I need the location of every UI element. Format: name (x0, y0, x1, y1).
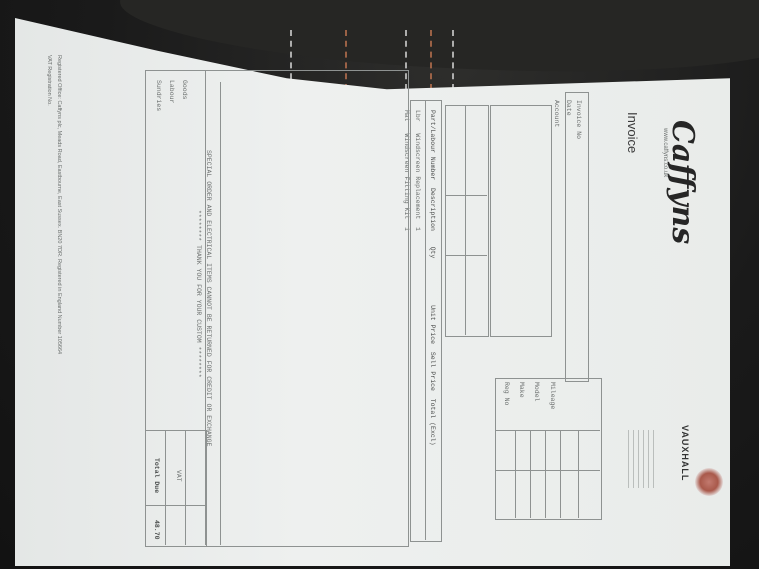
labour-label: Labour (168, 80, 175, 103)
sundries-label: Sundries (155, 80, 162, 111)
col-total: Total (Excl) (429, 399, 436, 446)
dealer-logo: Caffyns (665, 120, 700, 244)
brand-name: VAUXHALL (680, 425, 690, 481)
col-unit-price: Unit Price (429, 305, 436, 344)
griffin-badge-icon (695, 468, 723, 496)
vat-registration-footer: VAT Registration No. (46, 55, 52, 106)
total-due-label: Total Due (153, 458, 160, 493)
make-label: Make (518, 382, 525, 398)
seat-stitching (430, 30, 432, 90)
goods-label: Goods (181, 80, 188, 100)
table-row: Lbr Windscreen Replacement 1 (414, 110, 421, 231)
invoice-number-label: Invoice No (575, 100, 582, 139)
thank-you-notice: ******** THANK YOU FOR YOUR CUSTOM *****… (195, 210, 202, 378)
seat-stitching (452, 30, 454, 90)
returns-notice: SPECIAL ORDER AND ELECTRICAL ITEMS CANNO… (205, 150, 212, 446)
order-info-box (445, 105, 489, 337)
dealer-website: www.caffyns.co.uk (662, 128, 668, 177)
invoice-title: Invoice (625, 112, 640, 153)
col-part-number: Part/Labour Number (429, 110, 436, 180)
vat-label: VAT (175, 470, 182, 482)
customer-address-box (490, 105, 552, 337)
date-label: Date (565, 100, 572, 116)
mileage-label: Mileage (549, 382, 556, 409)
registered-office-footer: Registered Office: Caffyns plc, Meads Ro… (56, 55, 62, 354)
dealer-address-block (628, 430, 658, 488)
col-sell-price: Sell Price (429, 352, 436, 391)
column-headers: Part/Labour Number Description Qty Unit … (429, 110, 436, 446)
account-label: Account (553, 100, 560, 127)
model-label: Model (533, 382, 540, 402)
total-due-value: 48.70 (153, 520, 160, 540)
col-qty: Qty (429, 247, 436, 259)
col-description: Description (429, 188, 436, 231)
reg-label: Reg No (503, 382, 510, 405)
